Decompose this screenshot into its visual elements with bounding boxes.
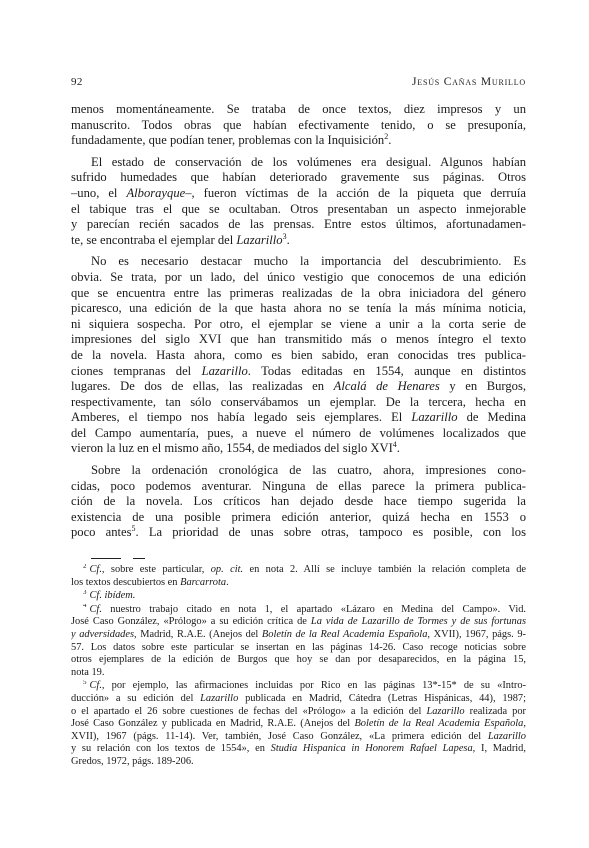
italic-title: Lazarillo bbox=[236, 233, 282, 247]
footnote-text: , XVII), 1967, págs. 9- bbox=[427, 629, 526, 640]
body-text: menos momentáneamente. Se trataba de onc… bbox=[71, 102, 526, 547]
text-line: fundadamente, que podían tener, problema… bbox=[71, 133, 526, 149]
text-line: cidas, poco podemos aventurar. Ninguna d… bbox=[71, 479, 526, 495]
italic-title: Alborayque bbox=[126, 186, 185, 200]
text-line: y parecían recién sacados de las prensas… bbox=[71, 217, 526, 233]
text-line: lugares. De dos de ellas, las realizadas… bbox=[71, 379, 526, 395]
italic-text: Cf. ibídem. bbox=[90, 590, 136, 601]
italic-title: Lazarillo bbox=[411, 410, 457, 424]
footnote-text: , Madrid, R.A.E. (Anejos del bbox=[134, 629, 262, 640]
text-line: del Campo aumentaría, pues, a nueve el n… bbox=[71, 426, 526, 442]
footnote-line: ducción» a su edición del Lazarillo publ… bbox=[71, 693, 526, 706]
footnote-line: y adversidades, Madrid, R.A.E. (Anejos d… bbox=[71, 629, 526, 642]
italic-text: Boletín de la Real Academia Española bbox=[354, 718, 523, 729]
footnote-text: , I, Madrid, bbox=[473, 743, 526, 754]
footnote-text: los textos descubiertos en bbox=[71, 577, 180, 588]
italic-text: Cf. bbox=[90, 604, 102, 615]
italic-place: Alcalá de Henares bbox=[334, 379, 440, 393]
text-line: Amberes, el tiempo nos había legado seis… bbox=[71, 410, 526, 426]
text-line: que se encuentra entre las primeras real… bbox=[71, 286, 526, 302]
italic-text: Studia Hispanica in Honorem Rafael Lapes… bbox=[271, 743, 473, 754]
text-line: sufrido humedades que habían deteriorado… bbox=[71, 170, 526, 186]
text-line: menos momentáneamente. Se trataba de onc… bbox=[71, 102, 526, 118]
paragraph-3: No es necesario destacar mucho la import… bbox=[71, 254, 526, 457]
italic-text: Barcarrota bbox=[180, 577, 226, 588]
footnotes: 2Cf., sobre este particular, op. cit. en… bbox=[71, 564, 526, 770]
footnote-text: . bbox=[226, 577, 229, 588]
footnote-text: nuestro trabajo citado en nota 1, el apa… bbox=[102, 604, 526, 615]
footnote-text: y su relación con los textos de 1554», e… bbox=[71, 743, 271, 754]
footnote-5: 5Cf., por ejemplo, las afirmaciones incl… bbox=[71, 680, 526, 768]
text-line: te, se encontraba el ejemplar del Lazari… bbox=[71, 233, 526, 249]
footnote-line: y su relación con los textos de 1554», e… bbox=[71, 743, 526, 756]
footnote-number: 3 bbox=[83, 590, 87, 596]
text-line: picaresco, una edición de la que hasta a… bbox=[71, 301, 526, 317]
italic-text: Lazarillo bbox=[426, 706, 464, 717]
footnote-line: José Caso González, «Prólogo» a su edici… bbox=[71, 616, 526, 629]
page-number: 92 bbox=[71, 76, 83, 88]
footnote-text: José Caso González y publicada en Madrid… bbox=[71, 718, 354, 729]
text-line: obvia. Se trata, por un lado, del único … bbox=[71, 270, 526, 286]
text-line: No es necesario destacar mucho la import… bbox=[71, 254, 526, 270]
footnote-number: 4 bbox=[83, 604, 87, 610]
footnote-3: 3Cf. ibídem. bbox=[71, 590, 526, 603]
footnote-line: otros ejemplares de la edición de Burgos… bbox=[71, 654, 526, 667]
footnote-text: publicada en Madrid, Cátedra (Letras His… bbox=[238, 693, 526, 704]
footnote-text: o el apartado el 26 sobre cuestiones de … bbox=[71, 706, 426, 717]
footnote-text: realizada por bbox=[465, 706, 526, 717]
footnote-text: otros ejemplares de la edición de Burgos… bbox=[71, 654, 526, 665]
footnote-text: José Caso González, «Prólogo» a su edici… bbox=[71, 616, 311, 627]
footnote-text: , sobre este particular, bbox=[102, 564, 211, 575]
paragraph-1: menos momentáneamente. Se trataba de onc… bbox=[71, 102, 526, 149]
text-line: Sobre la ordenación cronológica de las c… bbox=[71, 463, 526, 479]
footnote-text: en nota 2. Allí se incluye también la re… bbox=[243, 564, 526, 575]
text-line: de la novela. Hasta ahora, como es bien … bbox=[71, 348, 526, 364]
footnote-line: los textos descubiertos en Barcarrota. bbox=[71, 577, 526, 590]
text-line: manuscrito. Todos obras que habían efect… bbox=[71, 118, 526, 134]
text-line: respectivamente, tan sólo conservábamos … bbox=[71, 395, 526, 411]
footnote-text: XVII), 1967 (págs. 11-14). Ver, también,… bbox=[71, 731, 488, 742]
footnote-line: 4Cf. nuestro trabajo citado en nota 1, e… bbox=[71, 604, 526, 617]
italic-text: Cf. bbox=[90, 680, 102, 691]
footnote-text: Gredos, 1972, págs. 189-206. bbox=[71, 756, 194, 767]
paragraph-4: Sobre la ordenación cronológica de las c… bbox=[71, 463, 526, 541]
italic-text: Lazarillo bbox=[200, 693, 238, 704]
italic-text: La vida de Lazarillo de Tormes y de sus … bbox=[311, 616, 526, 627]
italic-text: y adversidades bbox=[71, 629, 134, 640]
rule-segment bbox=[91, 558, 121, 559]
text-line: –uno, el Alborayque–, fueron víctimas de… bbox=[71, 186, 526, 202]
text-line: ción de la novela. Los críticos han deja… bbox=[71, 494, 526, 510]
footnote-4: 4Cf. nuestro trabajo citado en nota 1, e… bbox=[71, 604, 526, 680]
text-line: el tabique tras el que se ocultaban. Otr… bbox=[71, 202, 526, 218]
footnote-line: 57. Los datos sobre este particular se i… bbox=[71, 642, 526, 655]
footnote-text: nota 19. bbox=[71, 667, 104, 678]
footnote-line: nota 19. bbox=[71, 667, 526, 680]
footnote-line: 2Cf., sobre este particular, op. cit. en… bbox=[71, 564, 526, 577]
italic-text: Boletín de la Real Academia Española bbox=[262, 629, 427, 640]
italic-text: op. cit. bbox=[211, 564, 243, 575]
text-line: existencia de una posible primera edició… bbox=[71, 510, 526, 526]
footnote-line: José Caso González y publicada en Madrid… bbox=[71, 718, 526, 731]
footnote-number: 2 bbox=[83, 564, 87, 570]
footnote-2: 2Cf., sobre este particular, op. cit. en… bbox=[71, 564, 526, 589]
running-head-author: Jesús Cañas Murillo bbox=[412, 76, 526, 88]
text-line: ciones tempranas del Lazarillo. Todas ed… bbox=[71, 364, 526, 380]
paragraph-2: El estado de conservación de los volúmen… bbox=[71, 155, 526, 249]
footnote-number: 5 bbox=[83, 680, 87, 686]
text-line: vieron la luz en el mismo año, 1554, de … bbox=[71, 441, 526, 457]
text-line: impresiones del siglo XVI que han transm… bbox=[71, 332, 526, 348]
footnote-line: o el apartado el 26 sobre cuestiones de … bbox=[71, 706, 526, 719]
text-line: poco antes5. La prioridad de unas sobre … bbox=[71, 525, 526, 541]
footnote-text: , por ejemplo, las afirmaciones incluida… bbox=[102, 680, 526, 691]
footnote-line: XVII), 1967 (págs. 11-14). Ver, también,… bbox=[71, 731, 526, 744]
footnote-line: Gredos, 1972, págs. 189-206. bbox=[71, 756, 526, 769]
footnote-separator bbox=[91, 558, 151, 559]
italic-title: Lazarillo bbox=[202, 364, 248, 378]
footnote-line: 5Cf., por ejemplo, las afirmaciones incl… bbox=[71, 680, 526, 693]
text-line: ni siquiera sospecha. Por otro, el ejemp… bbox=[71, 317, 526, 333]
footnote-text: , bbox=[523, 718, 526, 729]
italic-text: Lazarillo bbox=[488, 731, 526, 742]
running-head: 92 Jesús Cañas Murillo bbox=[71, 76, 526, 92]
italic-text: Cf. bbox=[90, 564, 102, 575]
footnote-line: 3Cf. ibídem. bbox=[71, 590, 526, 603]
footnote-text: 57. Los datos sobre este particular se i… bbox=[71, 642, 526, 653]
rule-segment bbox=[133, 558, 145, 559]
text-line: El estado de conservación de los volúmen… bbox=[71, 155, 526, 171]
footnote-text: ducción» a su edición del bbox=[71, 693, 200, 704]
